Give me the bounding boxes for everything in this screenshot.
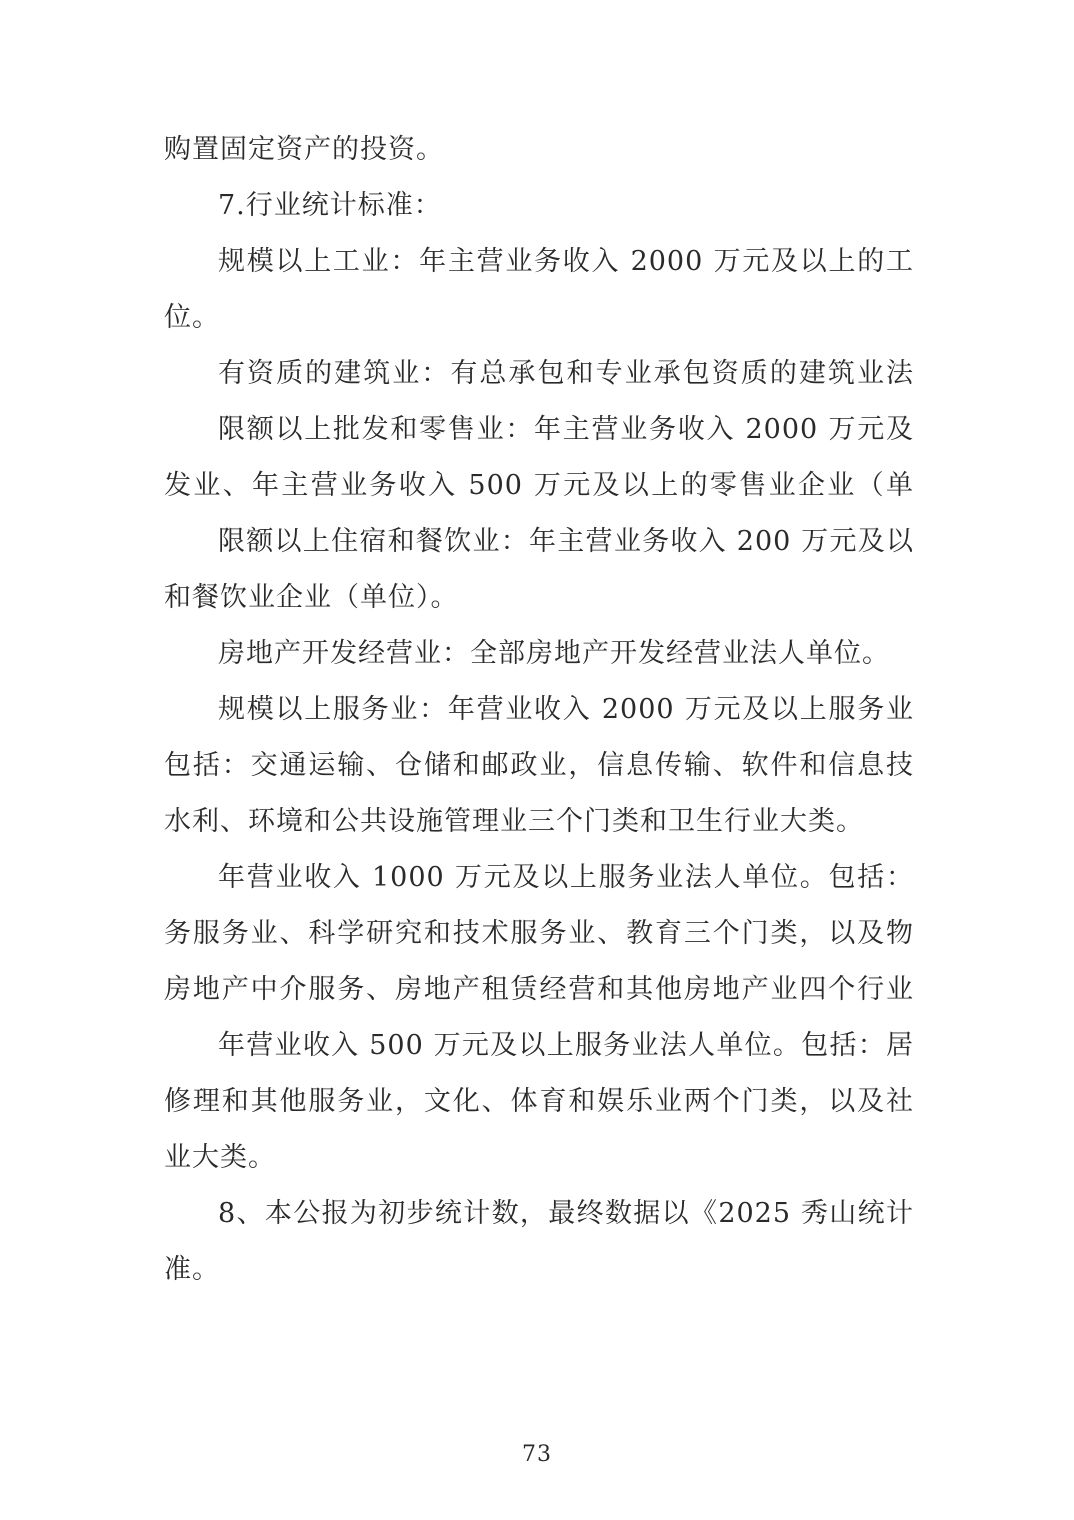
text-line: 房地产开发经营业：全部房地产开发经营业法人单位。	[164, 626, 914, 682]
text-line: 准。	[164, 1242, 914, 1298]
document-page: 购置固定资产的投资。 7.行业统计标准： 规模以上工业：年主营业务收入 2000…	[0, 0, 1074, 1520]
text-line: 7.行业统计标准：	[164, 178, 914, 234]
text-line: 规模以上工业：年主营业务收入 2000 万元及以上的工业法人单	[164, 234, 914, 290]
text-line: 规模以上服务业：年营业收入 2000 万元及以上服务业法人单位。	[164, 682, 914, 738]
text-line: 限额以上住宿和餐饮业：年主营业务收入 200 万元及以上的住宿	[164, 514, 914, 570]
text-line: 位。	[164, 290, 914, 346]
page-number: 73	[0, 1440, 1074, 1470]
text-line: 包括：交通运输、仓储和邮政业，信息传输、软件和信息技术服务业，	[164, 738, 914, 794]
text-line: 业大类。	[164, 1130, 914, 1186]
text-line: 务服务业、科学研究和技术服务业、教育三个门类，以及物业管理、	[164, 906, 914, 962]
text-line: 8、本公报为初步统计数，最终数据以《2025 秀山统计年鉴》为	[164, 1186, 914, 1242]
text-line: 房地产中介服务、房地产租赁经营和其他房地产业四个行业大类。	[164, 962, 914, 1018]
text-line: 限额以上批发和零售业：年主营业务收入 2000 万元及以上的批	[164, 402, 914, 458]
text-line: 和餐饮业企业（单位）。	[164, 570, 914, 626]
text-line: 年营业收入 500 万元及以上服务业法人单位。包括：居民服务、	[164, 1018, 914, 1074]
text-line: 水利、环境和公共设施管理业三个门类和卫生行业大类。	[164, 794, 914, 850]
text-line: 有资质的建筑业：有总承包和专业承包资质的建筑业法人单位。	[164, 346, 914, 402]
text-line: 发业、年主营业务收入 500 万元及以上的零售业企业（单位）。	[164, 458, 914, 514]
text-line: 修理和其他服务业，文化、体育和娱乐业两个门类，以及社会工作行	[164, 1074, 914, 1130]
document-body: 购置固定资产的投资。 7.行业统计标准： 规模以上工业：年主营业务收入 2000…	[164, 122, 914, 1298]
text-line: 年营业收入 1000 万元及以上服务业法人单位。包括：租赁和商	[164, 850, 914, 906]
text-line: 购置固定资产的投资。	[164, 122, 914, 178]
